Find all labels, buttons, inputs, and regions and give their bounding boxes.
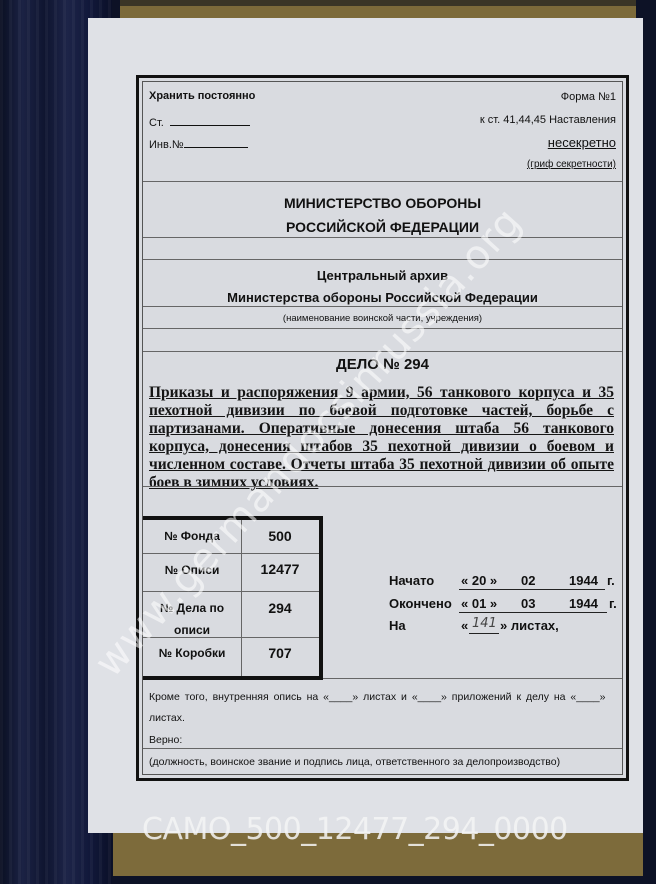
archive-caption: (наименование воинской части, учреждения… <box>143 313 622 324</box>
signature-caption: (должность, воинское звание и подпись ли… <box>149 756 560 768</box>
form-number: Форма №1 <box>561 91 616 103</box>
sheets-label: На <box>389 618 406 633</box>
divider <box>143 306 622 307</box>
started-label: Начато <box>389 573 434 588</box>
divider <box>143 237 622 238</box>
sheets-suffix: » листах, <box>500 618 559 633</box>
ministry-line-1: МИНИСТЕРСТВО ОБОРОНЫ <box>143 195 622 211</box>
form-inner-frame: Хранить постоянно Ст. Инв.№ Форма №1 к с… <box>142 81 623 775</box>
case-number-value: 294 <box>242 600 318 616</box>
archive-line-1: Центральный архив <box>143 268 622 283</box>
inv-blank <box>184 136 248 148</box>
ended-day: « 01 » <box>461 596 497 611</box>
st-label: Ст. <box>149 117 164 129</box>
started-year: 1944 <box>569 573 598 588</box>
ended-month: 03 <box>521 596 535 611</box>
archive-line-2: Министерства обороны Российской Федераци… <box>143 290 622 305</box>
signature-line <box>143 748 622 749</box>
extra-inventory-line-2: листах. <box>149 712 185 724</box>
sheets-open-quote: « <box>461 618 468 633</box>
cardboard-top-edge <box>120 0 636 6</box>
started-day: « 20 » <box>461 573 497 588</box>
ended-underline <box>459 612 607 613</box>
verified-label: Верно: <box>149 734 182 746</box>
st-field: Ст. <box>149 114 250 129</box>
table-row-divider <box>143 637 319 638</box>
divider <box>323 678 622 679</box>
keep-permanently: Хранить постоянно <box>149 90 255 102</box>
extra-inventory-line: Кроме того, внутренняя опись на «____» л… <box>149 691 605 703</box>
secrecy-caption: (гриф секретности) <box>527 159 616 170</box>
divider <box>143 259 622 260</box>
case-description: Приказы и распоряжения 9 армии, 56 танко… <box>149 384 614 492</box>
ministry-line-2: РОССИЙСКОЙ ФЕДЕРАЦИИ <box>143 219 622 235</box>
inv-label: Инв.№ <box>149 139 184 151</box>
started-year-suffix: г. <box>607 573 615 588</box>
box-value: 707 <box>242 645 318 661</box>
image-file-caption: CAMO_500_12477_294_0000 <box>142 812 568 847</box>
started-underline <box>459 589 605 590</box>
inv-field: Инв.№ <box>149 136 248 151</box>
divider <box>143 181 622 182</box>
ended-label: Окончено <box>389 596 452 611</box>
divider <box>143 486 622 487</box>
secrecy-value: несекретно <box>548 135 616 150</box>
sheets-count-handwritten: 141 <box>472 616 497 631</box>
sheets-underline <box>469 633 499 634</box>
started-month: 02 <box>521 573 535 588</box>
st-blank <box>170 114 250 126</box>
article-reference: к ст. 41,44,45 Наставления <box>480 114 616 126</box>
inventory-value: 12477 <box>242 561 318 577</box>
box-label: № Коробки <box>143 646 241 660</box>
ended-year: 1944 <box>569 596 598 611</box>
case-cover-form: Хранить постоянно Ст. Инв.№ Форма №1 к с… <box>136 75 629 781</box>
ended-year-suffix: г. <box>609 596 617 611</box>
